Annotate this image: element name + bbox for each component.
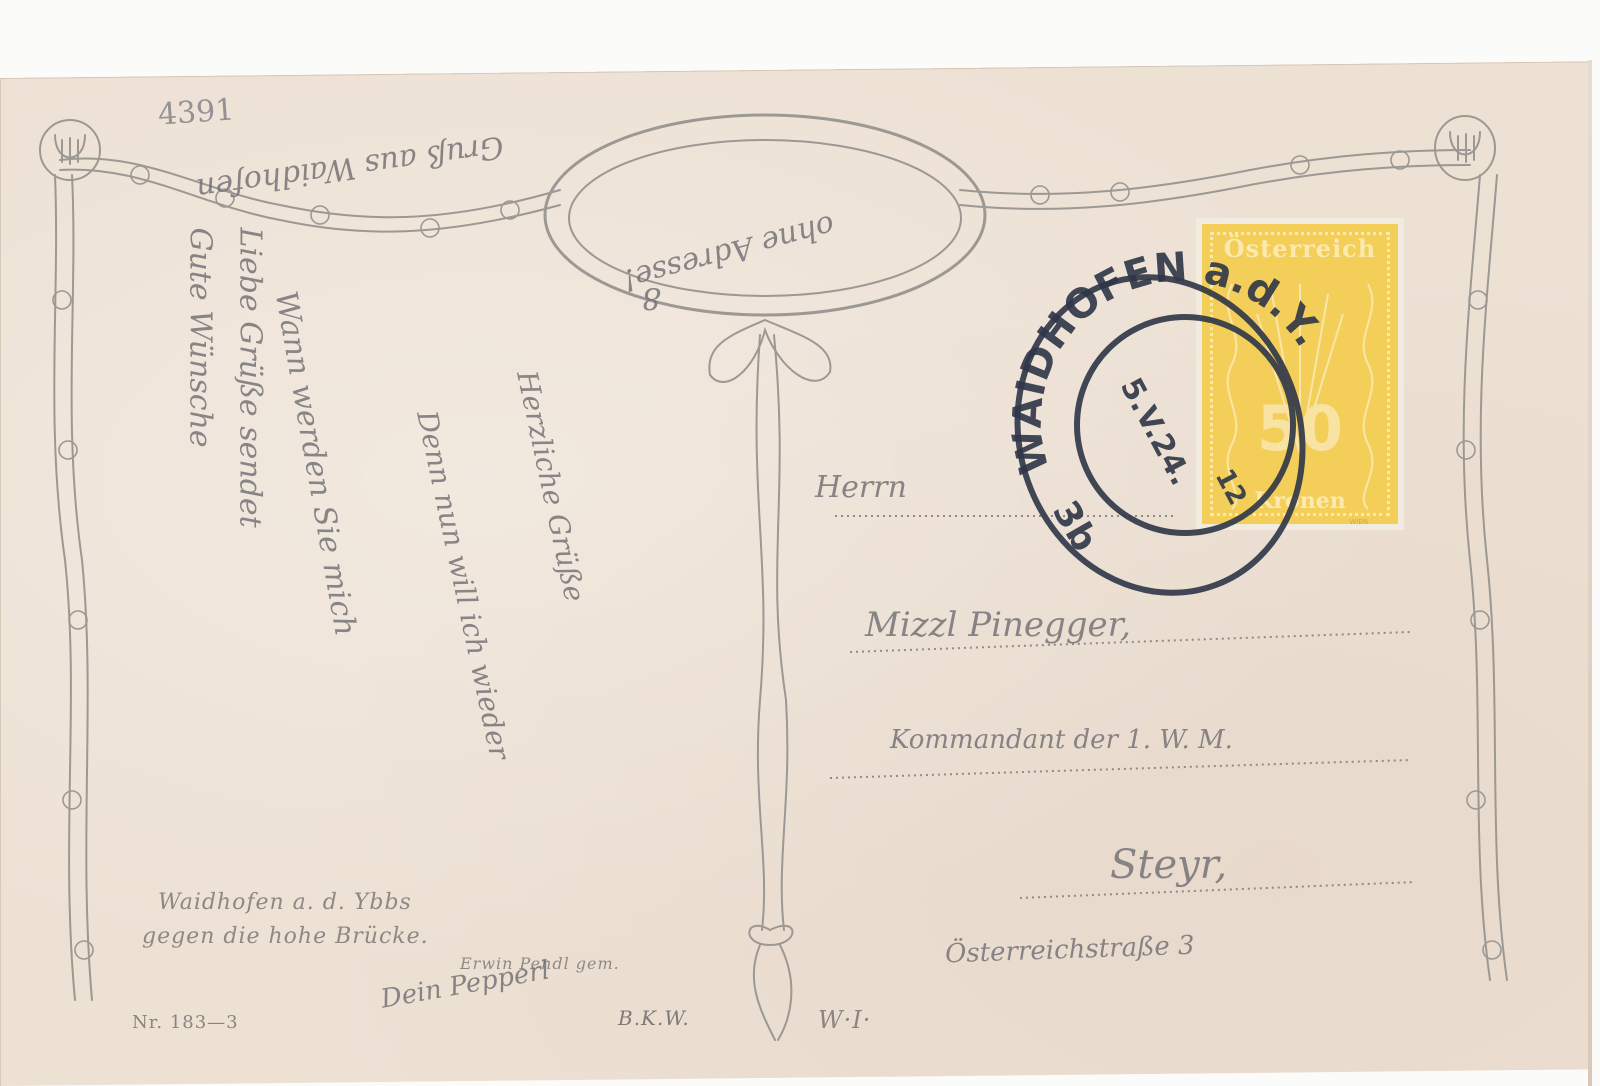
postmark-date: 5.V.24. [1113, 372, 1198, 491]
postmark-code: 3b [1044, 494, 1105, 559]
postmark: WAIDHOFEN a.d.Y. 5.V.24. 12 3b [0, 0, 1600, 1086]
postmark-hour: 12 [1209, 464, 1252, 510]
